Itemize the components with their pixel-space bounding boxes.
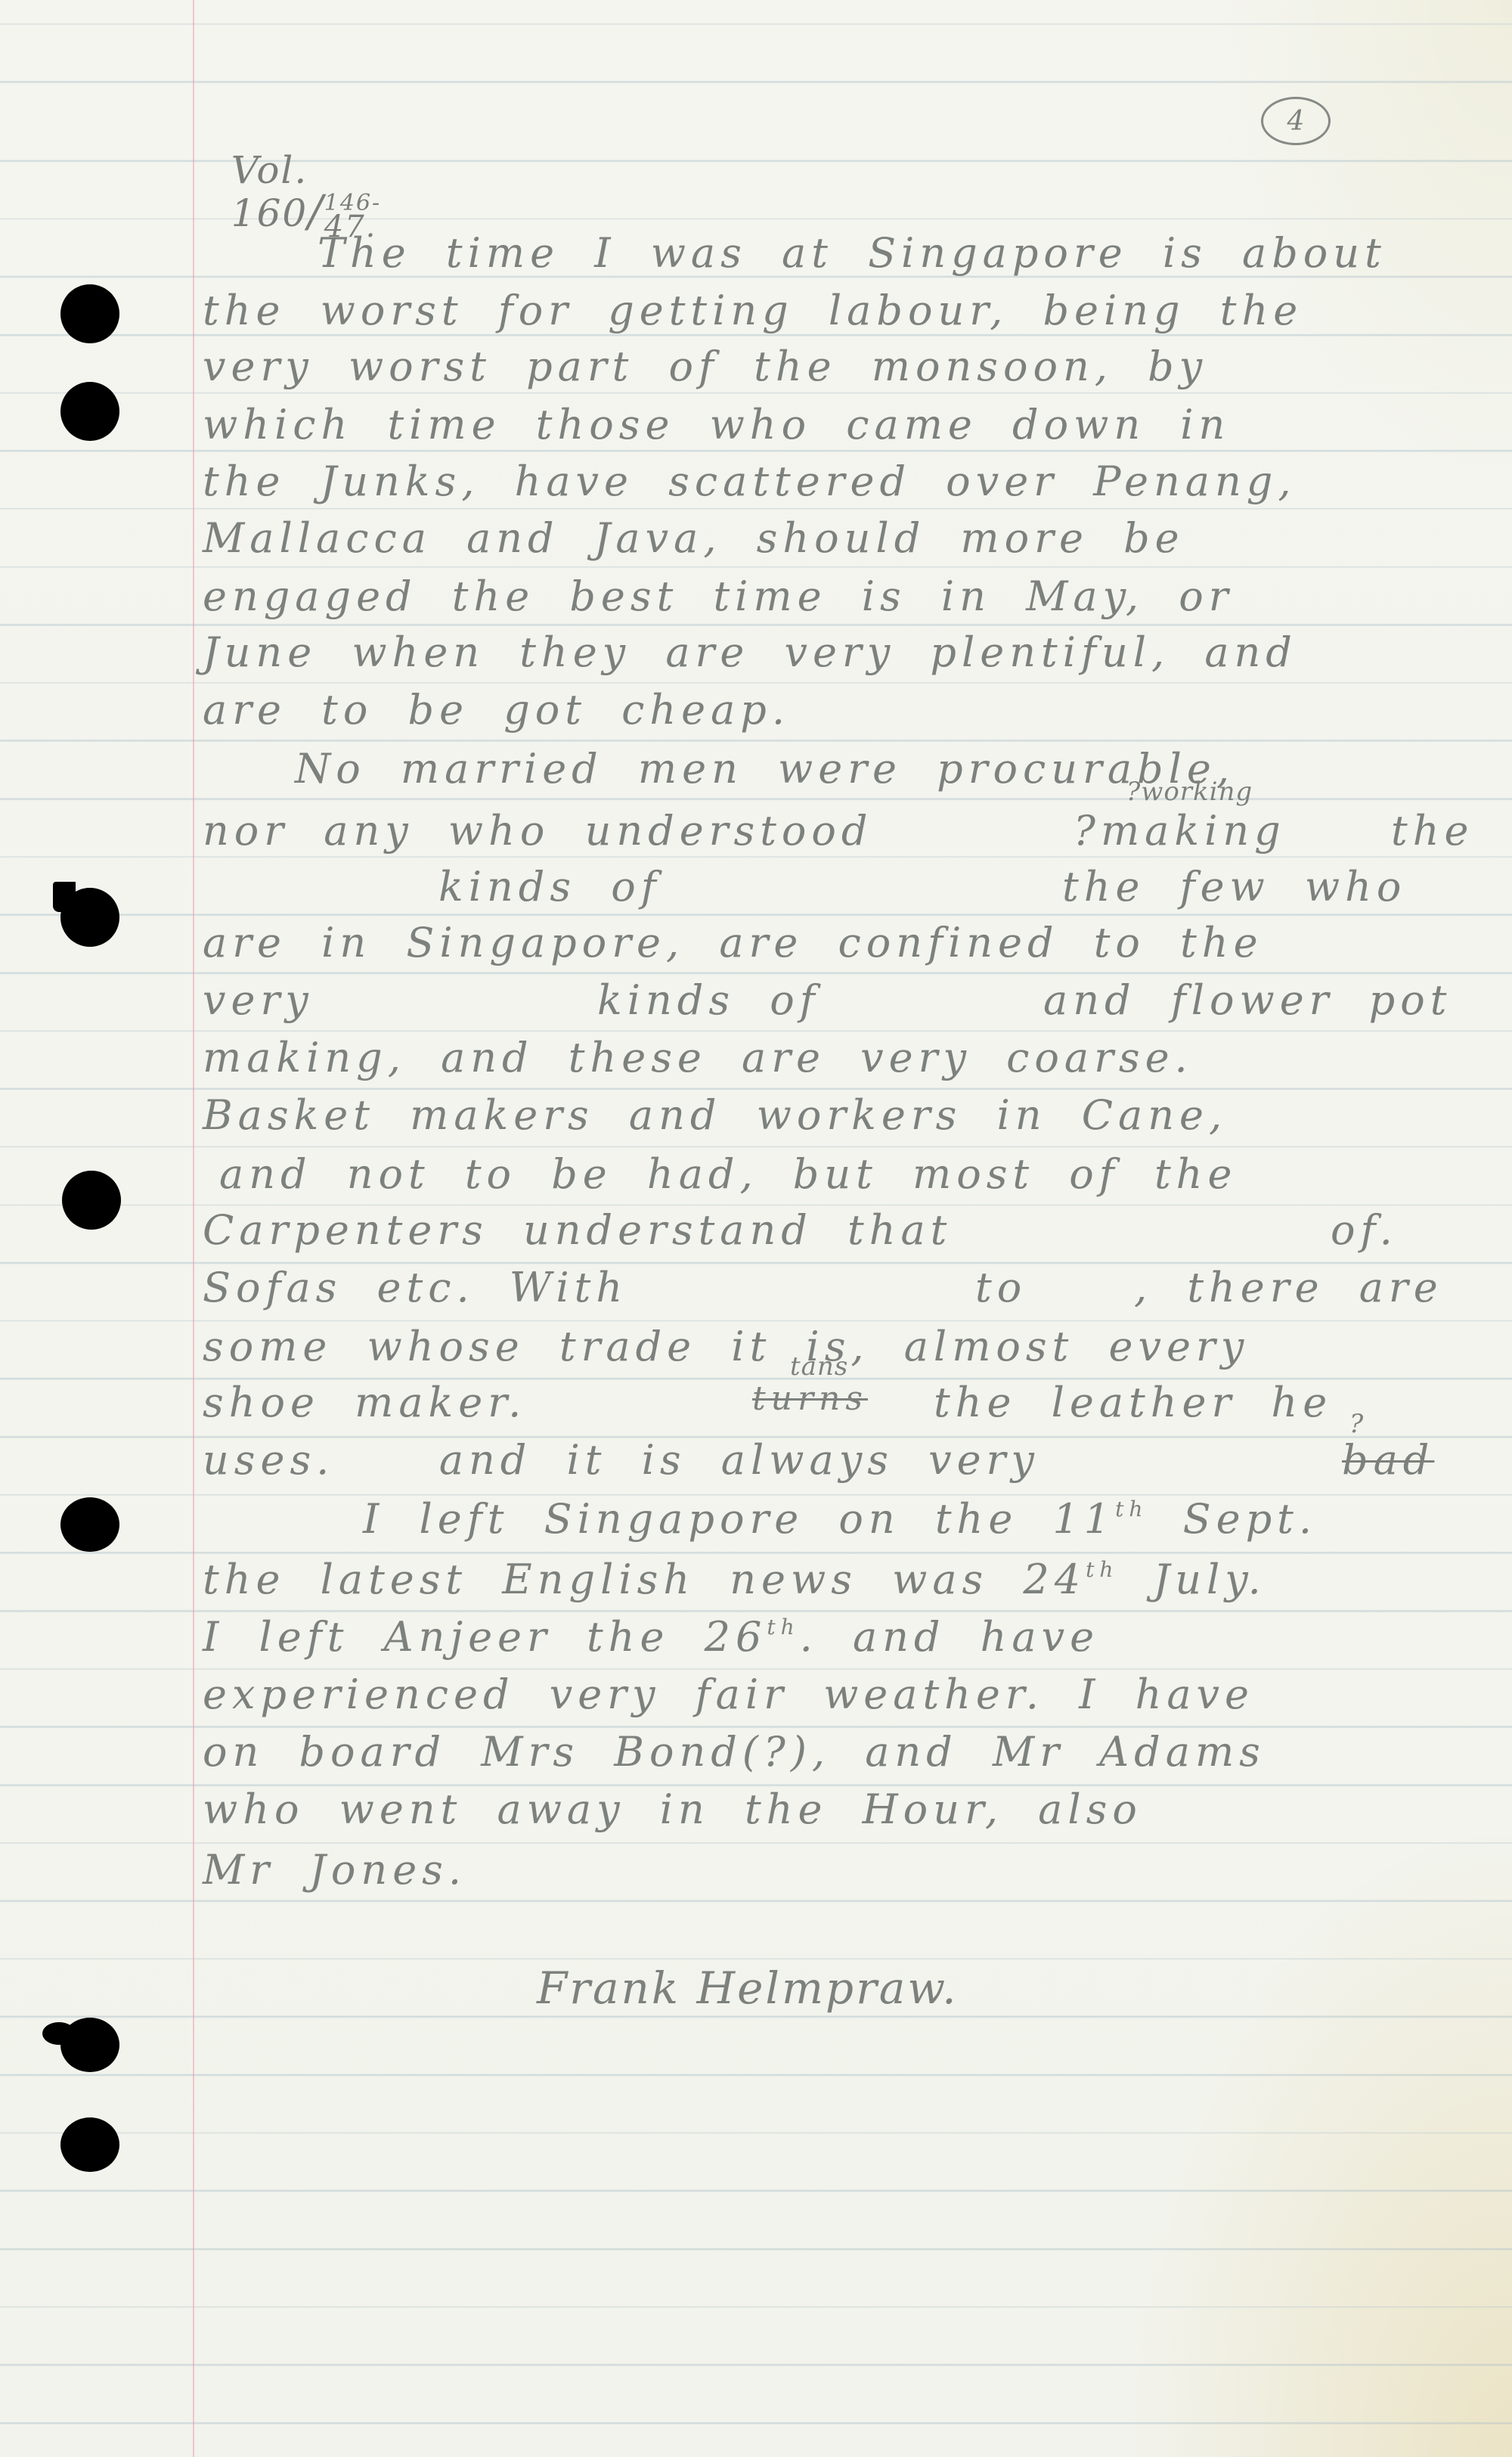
annotation-working: ?working <box>1126 779 1253 805</box>
month: Sept. <box>1183 1495 1317 1543</box>
text-line: the latest English news was 24th July. <box>203 1559 1266 1600</box>
volume-reference: Vol. 160/146-47. <box>204 113 381 240</box>
annotation-query: ? <box>1349 1411 1364 1437</box>
ordinal-suffix: th <box>767 1615 799 1640</box>
text-line: shoe maker. <box>203 1382 526 1423</box>
text-line: to <box>975 1267 1027 1308</box>
text-fragment: I left Singapore on the <box>363 1495 1052 1543</box>
punch-hole <box>60 382 119 441</box>
volume-prefix: Vol. <box>231 148 308 192</box>
text-line: nor any who understood <box>203 811 872 852</box>
ordinal-suffix: th <box>1086 1557 1118 1582</box>
text-line: engaged the best time is in May, or <box>203 576 1234 617</box>
text-line: the worst for getting labour, being the <box>203 290 1303 331</box>
text-fragment: I left Anjeer the <box>203 1613 705 1661</box>
text-line: The time I was at Singapore is about <box>318 233 1387 274</box>
margin-line <box>193 0 194 2457</box>
text-line: and not to be had, but most of the <box>219 1154 1237 1195</box>
signature: Frank Helmpraw. <box>537 1966 959 2010</box>
punch-hole <box>60 888 119 947</box>
text-line: Carpenters understand that <box>203 1210 952 1251</box>
text-line: which time those who came down in <box>203 405 1230 445</box>
text-line: kinds of <box>597 980 820 1021</box>
date-number: 24 <box>1023 1556 1086 1603</box>
text-line: very worst part of the monsoon, by <box>203 346 1207 387</box>
text-line: the <box>1391 811 1473 852</box>
page-number: 4 <box>1261 97 1331 145</box>
text-line: and flower pot <box>1043 980 1452 1021</box>
text-line: I left Anjeer the 26th. and have <box>203 1617 1099 1658</box>
text-line: June when they are very plentiful, and <box>203 632 1297 673</box>
text-fragment: the latest English news was <box>203 1556 1023 1603</box>
date-number: 11 <box>1052 1495 1115 1543</box>
text-line: Basket makers and workers in Cane, <box>203 1095 1227 1136</box>
month: July. <box>1154 1556 1266 1603</box>
text-line: uses. and it is always very <box>203 1440 1039 1481</box>
punch-hole <box>60 1497 119 1552</box>
text-line: very <box>203 980 314 1021</box>
text-line: , there are <box>1134 1267 1443 1308</box>
text-line: who went away in the Hour, also <box>203 1789 1142 1830</box>
text-line: are in Singapore, are confined to the <box>203 923 1263 963</box>
text-line: No married men were procurable, <box>295 749 1235 790</box>
struck-word: bad <box>1342 1440 1434 1481</box>
punch-hole <box>60 284 119 343</box>
text-line: Mr Jones. <box>203 1850 466 1891</box>
text-line: I left Singapore on the 11th Sept. <box>363 1499 1317 1540</box>
text-line: of. <box>1331 1210 1398 1251</box>
text-line: Sofas etc. With <box>203 1267 627 1308</box>
text-line: some whose trade it is, almost every <box>203 1326 1249 1367</box>
text-line: kinds of <box>438 867 661 907</box>
struck-word: turns <box>752 1382 868 1416</box>
text-line: on board Mrs Bond(?), and Mr Adams <box>203 1732 1266 1773</box>
text-line: are to be got cheap. <box>203 690 790 731</box>
annotation-tans: tans <box>790 1354 848 1379</box>
punch-hole <box>60 2018 119 2072</box>
punch-hole <box>60 2117 119 2172</box>
text-line: the Junks, have scattered over Penang, <box>203 461 1296 502</box>
punch-hole <box>62 1171 121 1230</box>
volume-number: 160 <box>231 191 308 235</box>
text-line: experienced very fair weather. I have <box>203 1674 1254 1715</box>
text-line: making, and these are very coarse. <box>203 1038 1193 1078</box>
text-line: the leather he <box>934 1382 1332 1423</box>
text-line: Mallacca and Java, should more be <box>203 518 1185 559</box>
date-number: 26 <box>705 1613 767 1661</box>
ordinal-suffix: th <box>1115 1497 1148 1522</box>
text-fragment: . and have <box>800 1613 1099 1661</box>
text-line: the few who <box>1062 867 1406 907</box>
annotation-making: ?making <box>1074 811 1286 852</box>
